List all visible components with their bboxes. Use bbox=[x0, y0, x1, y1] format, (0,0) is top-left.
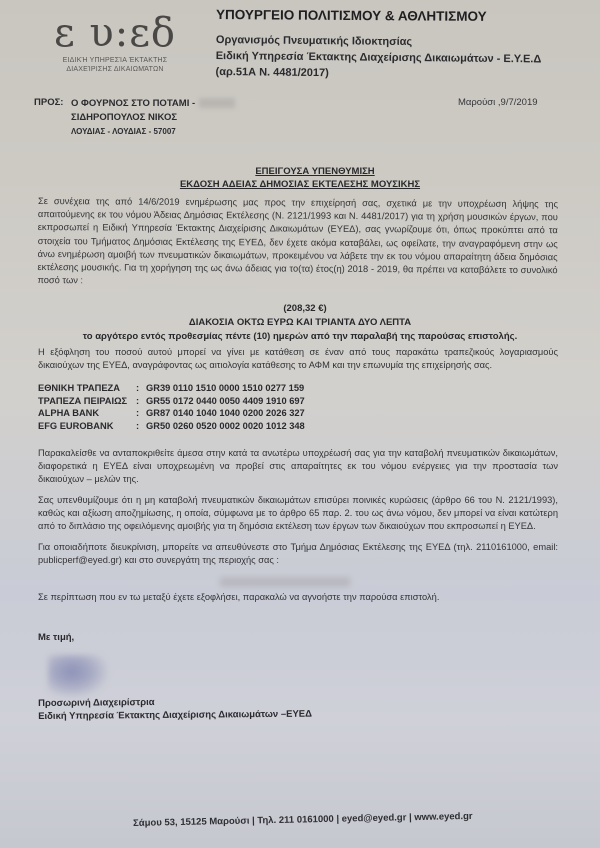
bank-iban: GR50 0260 0520 0002 0020 1012 348 bbox=[146, 420, 305, 433]
bank-row: ΕΘΝΙΚΗ ΤΡΑΠΕΖΑ : GR39 0110 1510 0000 151… bbox=[38, 382, 305, 395]
bank-name: ΕΘΝΙΚΗ ΤΡΑΠΕΖΑ bbox=[38, 382, 136, 395]
paragraph-penalties: Σας υπενθυμίζουμε ότι η μη καταβολή πνευ… bbox=[38, 494, 558, 534]
amount-block: (208,32 €) ΔΙΑΚΟΣΙΑ ΟΚΤΩ ΕΥΡΩ ΚΑΙ ΤΡΙΑΝΤ… bbox=[0, 302, 600, 344]
recipient-address: Ο ΦΟΥΡΝΟΣ ΣΤΟ ΠΟΤΑΜΙ - ΣΙΔΗΡΟΠΟΥΛΟΣ ΝΙΚΟ… bbox=[71, 97, 235, 139]
logo-mark-icon: ε υ:εδ bbox=[50, 10, 180, 56]
letter-footer: Σάμου 53, 15125 Μαρούσι | Τηλ. 211 01610… bbox=[133, 811, 473, 829]
paragraph-intro: Σε συνέχεια της από 14/6/2019 ενημέρωσης… bbox=[37, 195, 558, 291]
bank-name: ΤΡΑΠΕΖΑ ΠΕΙΡΑΙΩΣ bbox=[38, 395, 136, 408]
signatory-title: Προσωρινή Διαχειρίστρια Ειδική Υπηρεσία … bbox=[38, 695, 312, 723]
bank-name: ALPHA BANK bbox=[38, 407, 136, 420]
subject-line-1: ΕΠΕΙΓΟΥΣΑ ΥΠΕΝΘΥΜΙΣΗ bbox=[0, 165, 600, 178]
organization-block: Οργανισμός Πνευματικής Ιδιοκτησίας Ειδικ… bbox=[215, 32, 541, 83]
signature-redacted bbox=[48, 655, 108, 697]
paragraph-ignore-if-paid: Σε περίπτωση που εν τω μεταξύ έχετε εξοφ… bbox=[38, 591, 558, 604]
subject-line-2: ΕΚΔΟΣΗ ΑΔΕΙΑΣ ΔΗΜΟΣΙΑΣ ΕΚΤΕΛΕΣΗΣ ΜΟΥΣΙΚΗ… bbox=[0, 178, 600, 191]
recipient-line-1: Ο ΦΟΥΡΝΟΣ ΣΤΟ ΠΟΤΑΜΙ - bbox=[71, 98, 195, 109]
redacted-text bbox=[199, 98, 235, 108]
amount-words: ΔΙΑΚΟΣΙΑ ΟΚΤΩ ΕΥΡΩ ΚΑΙ ΤΡΙΑΝΤΑ ΔΥΟ ΛΕΠΤΑ bbox=[0, 316, 600, 330]
bank-row: ALPHA BANK : GR87 0140 1040 1040 0200 20… bbox=[38, 407, 305, 420]
bank-iban: GR39 0110 1510 0000 1510 0277 159 bbox=[146, 382, 304, 395]
ministry-heading: ΥΠΟΥΡΓΕΙΟ ΠΟΛΙΤΙΣΜΟΥ & ΑΘΛΗΤΙΣΜΟΥ bbox=[216, 7, 487, 24]
payment-deadline: το αργότερο εντός προθεσμίας πέντε (10) … bbox=[0, 330, 600, 344]
org-line-3: (αρ.51Α Ν. 4481/2017) bbox=[215, 64, 541, 83]
bank-iban: GR55 0172 0440 0050 4409 1910 697 bbox=[146, 395, 305, 408]
bank-accounts-list: ΕΘΝΙΚΗ ΤΡΑΠΕΖΑ : GR39 0110 1510 0000 151… bbox=[38, 382, 305, 432]
logo-subtitle-line1: Ειδική Υπηρεσία Έκτακτης bbox=[50, 56, 180, 65]
letter-date: Μαρούσι ,9/7/2019 bbox=[458, 97, 538, 108]
recipient-line-2: ΣΙΔΗΡΟΠΟΥΛΟΣ ΝΙΚΟΣ bbox=[71, 111, 235, 125]
bank-iban: GR87 0140 1040 1040 0200 2026 327 bbox=[146, 407, 305, 420]
bank-name: EFG EUROBANK bbox=[38, 420, 136, 433]
bank-row: EFG EUROBANK : GR50 0260 0520 0002 0020 … bbox=[38, 420, 305, 433]
amount-value: (208,32 €) bbox=[0, 302, 600, 316]
paragraph-contact: Για οποιαδήποτε διευκρίνιση, μπορείτε να… bbox=[38, 541, 558, 567]
bank-row: ΤΡΑΠΕΖΑ ΠΕΙΡΑΙΩΣ : GR55 0172 0440 0050 4… bbox=[38, 395, 305, 408]
closing-salutation: Με τιμή, bbox=[38, 632, 74, 643]
recipient-label: ΠΡΟΣ: bbox=[34, 97, 63, 108]
recipient-line-3: ΛΟΥΔΙΑΣ - ΛΟΥΔΙΑΣ - 57007 bbox=[71, 125, 235, 139]
logo-subtitle-line2: Διαχείρισης Δικαιωμάτων bbox=[50, 65, 180, 74]
letter-page: ε υ:εδ Ειδική Υπηρεσία Έκτακτης Διαχείρι… bbox=[0, 0, 600, 848]
redacted-partner-info bbox=[220, 577, 350, 587]
paragraph-obligation: Παρακαλείσθε να ανταποκριθείτε άμεσα στη… bbox=[38, 447, 558, 487]
subject-heading: ΕΠΕΙΓΟΥΣΑ ΥΠΕΝΘΥΜΙΣΗ ΕΚΔΟΣΗ ΑΔΕΙΑΣ ΔΗΜΟΣ… bbox=[0, 165, 600, 191]
signatory-title-line-2: Ειδική Υπηρεσία Έκτακτης Διαχείρισης Δικ… bbox=[38, 708, 312, 723]
eyed-logo: ε υ:εδ Ειδική Υπηρεσία Έκτακτης Διαχείρι… bbox=[50, 10, 180, 74]
paragraph-payment: Η εξόφληση του ποσού αυτού μπορεί να γίν… bbox=[38, 346, 558, 372]
